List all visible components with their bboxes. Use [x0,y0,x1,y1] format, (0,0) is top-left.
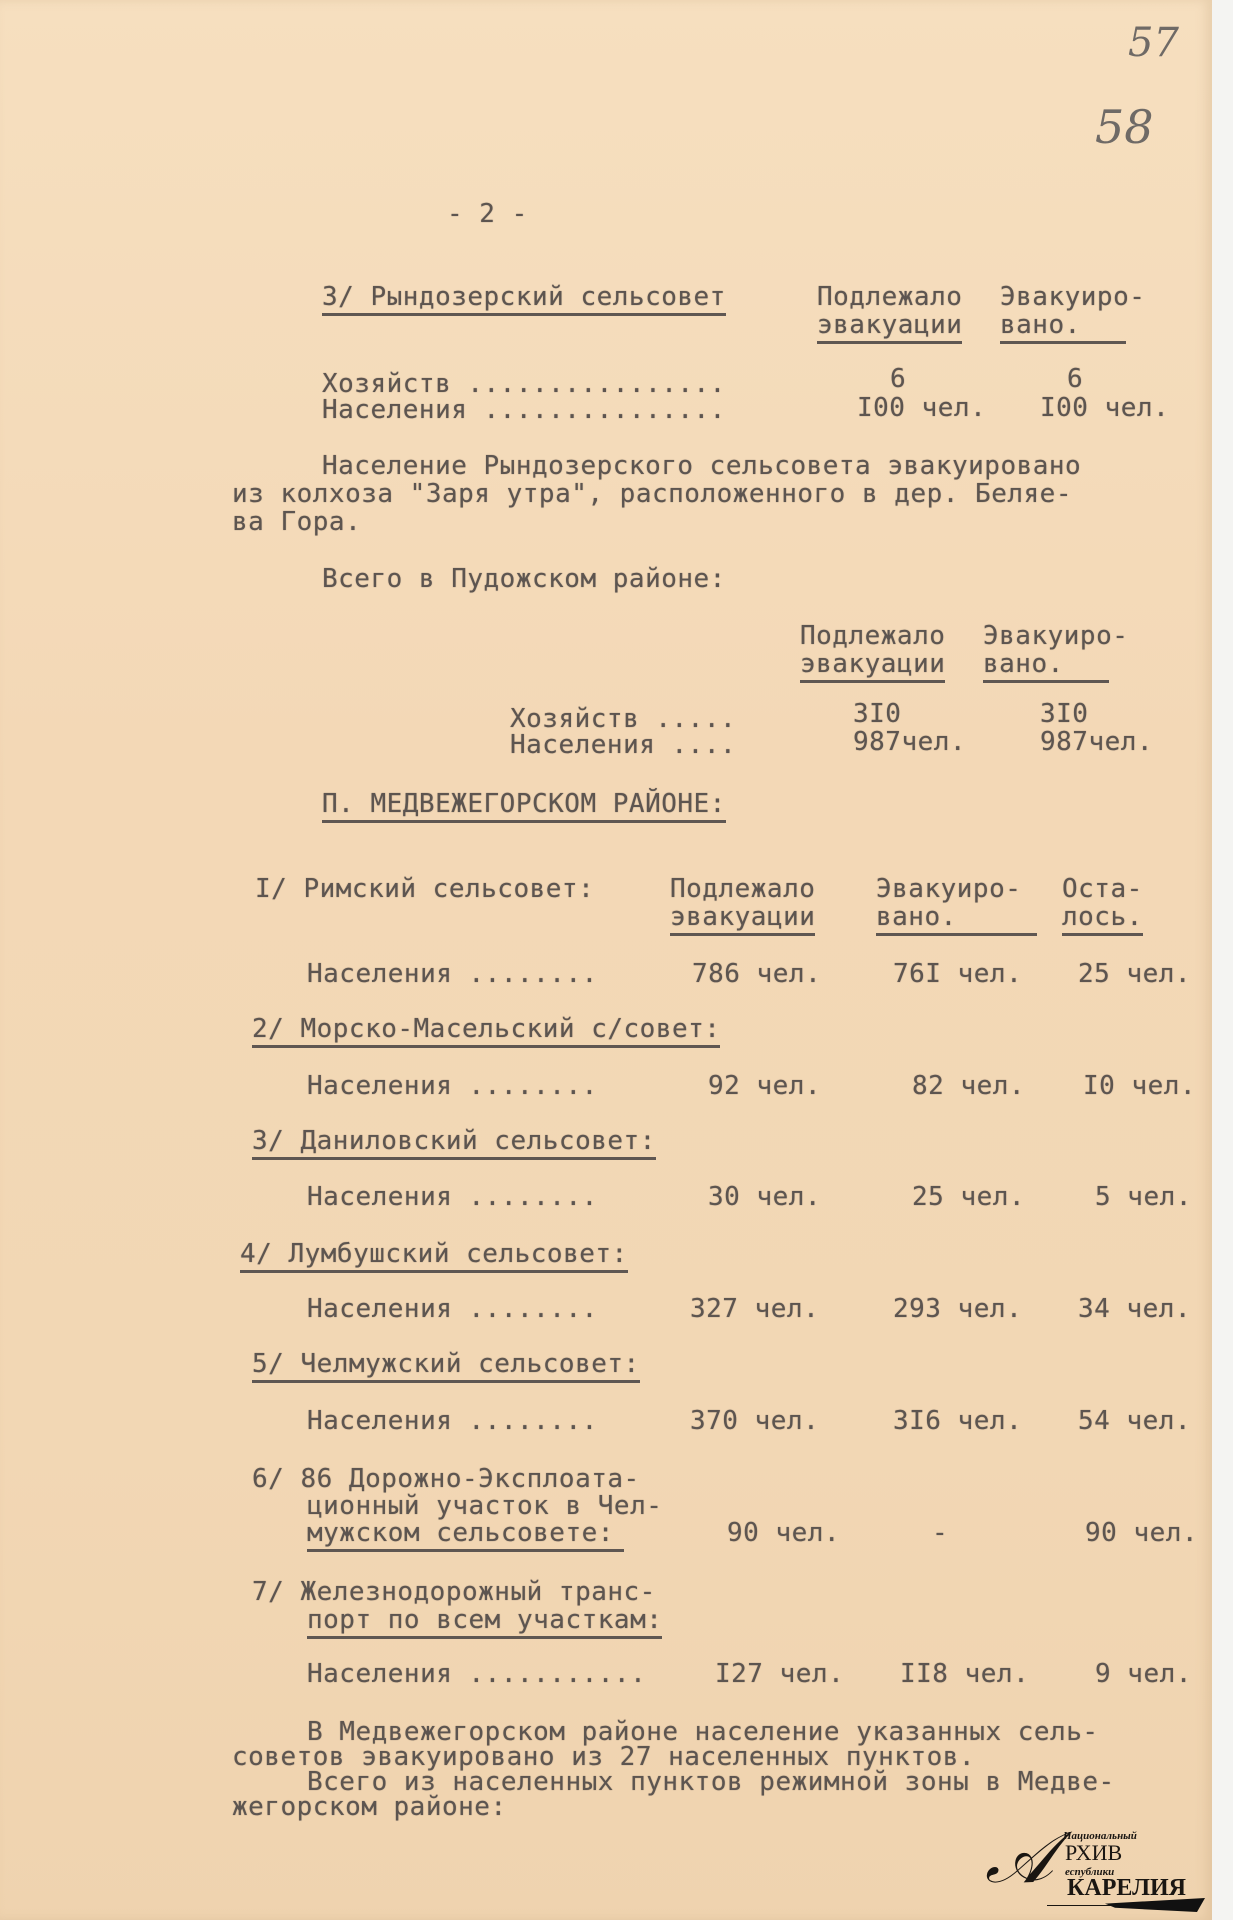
row-remaining: I0 чел. [1083,1072,1196,1100]
col-header-planned-l2: эвакуации [670,903,815,936]
row-label: Населения ........ [307,1295,598,1323]
col-header-evacuated-l1: Эвакуиро- [1000,283,1145,311]
row-evacuated: 6 [1067,365,1083,393]
col-header-evacuated-l1: Эвакуиро- [876,875,1021,903]
row-planned: 987чел. [853,728,966,756]
note-line: ва Гора. [232,508,361,536]
note-line: Население Рындозерского сельсовета эваку… [322,452,1081,480]
row-evacuated: 76I чел. [893,960,1022,988]
row-label: Хозяйств ................ [322,370,726,398]
row-planned: I27 чел. [715,1660,844,1688]
note-line: жегорском районе: [232,1793,507,1821]
row-remaining: 34 чел. [1078,1295,1191,1323]
archive-number-upper: 57 [1128,20,1179,66]
pudozh-total-title: Всего в Пудожском районе: [322,565,726,593]
row-remaining: 5 чел. [1095,1183,1192,1211]
col-header-planned-l1: Подлежало [800,622,945,650]
row-remaining: 90 чел. [1085,1519,1198,1547]
col-header-planned-l2: эвакуации [800,650,945,683]
col-header-evacuated-l2: вано. [876,903,1037,936]
page-number: - 2 - [447,200,528,228]
item-title: 2/ Морско-Масельский с/совет: [252,1015,720,1048]
row-planned: 30 чел. [708,1183,821,1211]
row-label: Хозяйств ..... [510,705,736,733]
row-planned: 3I0 [853,700,901,728]
row-label: Населения ........ [307,960,598,988]
row-evacuated: 3I0 [1040,700,1088,728]
col-header-evacuated-l2: вано. [1000,311,1126,344]
item-title-line: ционный участок в Чел- [307,1492,662,1520]
item-title-line: 7/ Железнодорожный транс- [252,1578,656,1606]
item-title: 5/ Челмужский сельсовет: [252,1350,640,1383]
row-evacuated: 3I6 чел. [893,1407,1022,1435]
row-evacuated: I00 чел. [1040,394,1169,422]
col-header-planned-l1: Подлежало [670,875,815,903]
row-evacuated: 25 чел. [912,1183,1025,1211]
item-title: 3/ Даниловский сельсовет: [252,1127,656,1160]
col-header-evacuated-l2: вано. [983,650,1109,683]
note-line: из колхоза "Заря утра", расположенного в… [232,480,1072,508]
row-label: Населения ........ [307,1183,598,1211]
col-header-planned-l1: Подлежало [817,283,962,311]
document-page: 57 58 - 2 - 3/ Рындозерский сельсовет По… [0,0,1212,1920]
col-header-remaining-l1: Оста- [1062,875,1143,903]
row-planned: 786 чел. [692,960,821,988]
row-evacuated: 987чел. [1040,728,1153,756]
item-title-line: мужском сельсовете: [307,1519,624,1552]
row-label: Населения .... [510,731,736,759]
col-header-remaining-l2: лось. [1062,903,1143,936]
row-label: Населения ........... [307,1660,646,1688]
archive-logo: 𝒜 Национальный РХИВ еспублики КАРЕЛИЯ [985,1818,1215,1918]
row-label: Населения ............... [322,396,726,424]
col-header-evacuated-l1: Эвакуиро- [983,622,1128,650]
item-title: I/ Римский сельсовет: [255,875,594,903]
row-planned: 92 чел. [708,1072,821,1100]
row-planned: 370 чел. [690,1407,819,1435]
row-evacuated: 82 чел. [912,1072,1025,1100]
row-label: Населения ........ [307,1072,598,1100]
item-title: 4/ Лумбушский сельсовет: [240,1240,628,1273]
row-evacuated: - [932,1519,948,1547]
col-header-planned-l2: эвакуации [817,311,962,344]
item-title-line: порт по всем участкам: [307,1606,662,1639]
row-evacuated: II8 чел. [900,1660,1029,1688]
row-planned: 327 чел. [690,1295,819,1323]
medvezh-heading: П. МЕДВЕЖЕГОРСКОМ РАЙОНЕ: [322,790,726,823]
logo-line: РХИВ [1065,1842,1122,1864]
row-evacuated: 293 чел. [893,1295,1022,1323]
row-planned: 90 чел. [727,1519,840,1547]
archive-number-lower: 58 [1095,100,1154,154]
row-label: Населения ........ [307,1407,598,1435]
row-remaining: 54 чел. [1078,1407,1191,1435]
item-title-line: 6/ 86 Дорожно-Эксплоата- [252,1465,640,1493]
logo-line: КАРЕЛИЯ [1067,1876,1186,1900]
section-title-ryndozersky: 3/ Рындозерский сельсовет [322,283,726,316]
logo-monogram-icon: 𝒜 [985,1818,1053,1898]
row-remaining: 25 чел. [1078,960,1191,988]
row-remaining: 9 чел. [1095,1660,1192,1688]
row-planned: I00 чел. [857,394,986,422]
row-planned: 6 [890,365,906,393]
